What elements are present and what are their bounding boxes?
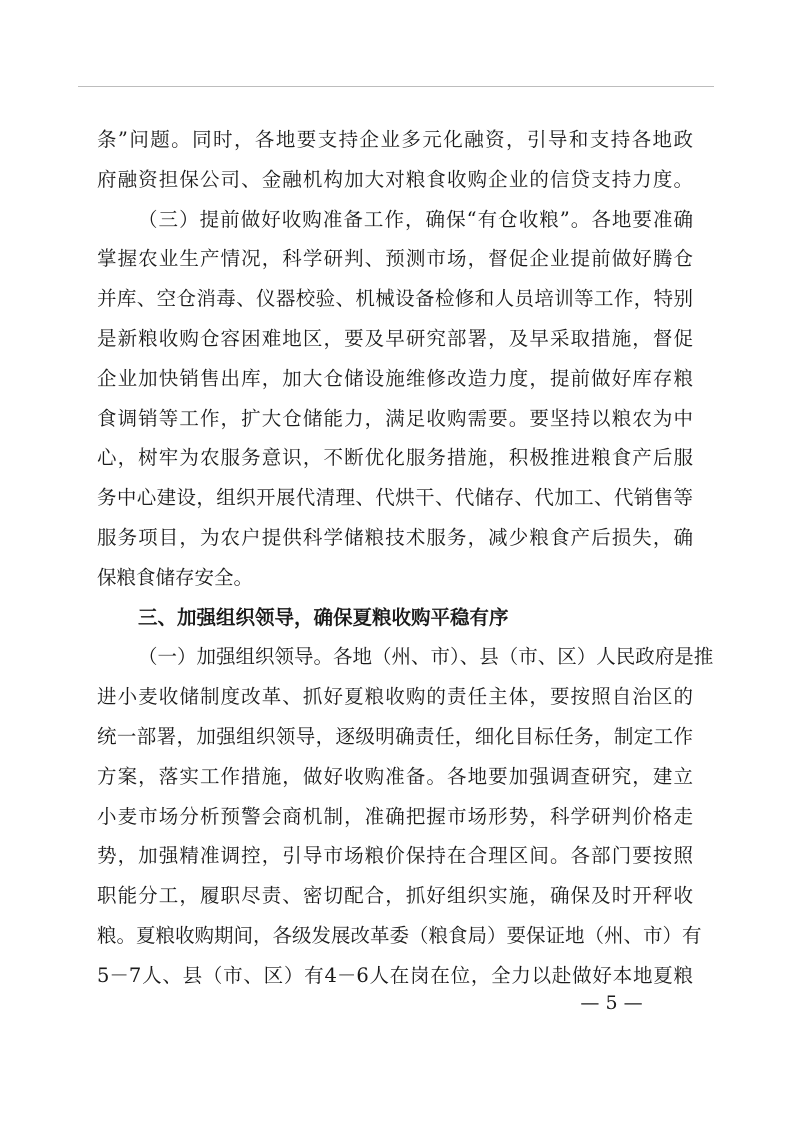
text-line: 方案，落实工作措施，做好收购准备。各地要加强调查研究，建立 xyxy=(97,757,693,797)
page-number: — 5 — xyxy=(215,992,793,1014)
text-line: 务中心建设，组织开展代清理、代烘干、代储存、代加工、代销售等 xyxy=(97,478,693,518)
text-line: 心，树牢为农服务意识，不断优化服务措施，积极推进粮食产后服 xyxy=(97,438,693,478)
text-line: 食调销等工作，扩大仓储能力，满足收购需要。要坚持以粮农为中 xyxy=(97,399,693,439)
text-line: 条”问题。同时，各地要支持企业多元化融资，引导和支持各地政 xyxy=(97,120,693,160)
text-line: 职能分工，履职尽责、密切配合，抓好组织实施，确保及时开秤收 xyxy=(97,876,693,916)
paragraph-start-line: （一）加强组织领导。各地（州、市）、县（市、区）人民政府是推 xyxy=(97,637,693,677)
text-line: 掌握农业生产情况，科学研判、预测市场，督促企业提前做好腾仓 xyxy=(97,239,693,279)
text-line: 粮。夏粮收购期间，各级发展改革委（粮食局）要保证地（州、市）有 xyxy=(97,916,693,956)
paragraph-start-line: （三）提前做好收购准备工作，确保“有仓收粮”。各地要准确 xyxy=(97,200,693,240)
text-line: 并库、空仓消毒、仪器校验、机械设备检修和人员培训等工作，特别 xyxy=(97,279,693,319)
text-line: 进小麦收储制度改革、抓好夏粮收购的责任主体，要按照自治区的 xyxy=(97,677,693,717)
header-rule xyxy=(78,86,714,87)
text-line: 小麦市场分析预警会商机制，准确把握市场形势，科学研判价格走 xyxy=(97,797,693,837)
text-line: 企业加快销售出库，加大仓储设施维修改造力度，提前做好库存粮 xyxy=(97,359,693,399)
text-line: 府融资担保公司、金融机构加大对粮食收购企业的信贷支持力度。 xyxy=(97,160,693,200)
text-line: 势，加强精准调控，引导市场粮价保持在合理区间。各部门要按照 xyxy=(97,836,693,876)
text-line: 是新粮收购仓容困难地区，要及早研究部署，及早采取措施，督促 xyxy=(97,319,693,359)
text-line: 5－7人、县（市、区）有4－6人在岗在位，全力以赴做好本地夏粮 xyxy=(97,956,693,996)
text-line: 服务项目，为农户提供科学储粮技术服务，减少粮食产后损失，确 xyxy=(97,518,693,558)
text-line: 统一部署，加强组织领导，逐级明确责任，细化目标任务，制定工作 xyxy=(97,717,693,757)
section-heading: 三、加强组织领导，确保夏粮收购平稳有序 xyxy=(97,598,693,638)
document-body: 条”问题。同时，各地要支持企业多元化融资，引导和支持各地政 府融资担保公司、金融… xyxy=(97,120,693,996)
paragraph-end-line: 保粮食储存安全。 xyxy=(97,558,693,598)
